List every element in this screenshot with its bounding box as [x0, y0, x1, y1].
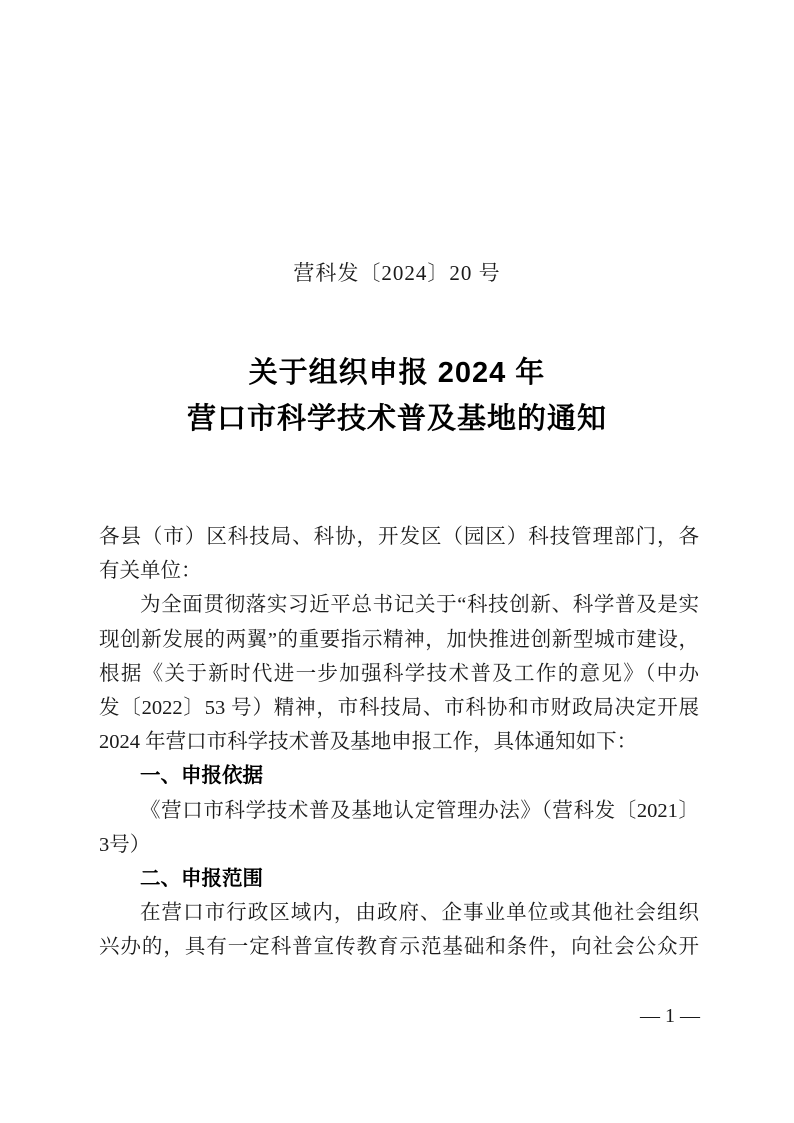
intro-paragraph-line-2: 现创新发展的两翼”的重要指示精神，加快推进创新型城市建设， — [99, 623, 699, 657]
section-2-heading: 二、申报范围 — [99, 862, 699, 896]
recipients-line-1: 各县（市）区科技局、科协，开发区（园区）科技管理部门，各 — [99, 520, 699, 554]
title-line-2: 营口市科学技术普及基地的通知 — [0, 396, 794, 442]
intro-paragraph-line-3: 根据《关于新时代进一步加强科学技术普及工作的意见》（中办 — [99, 657, 699, 691]
doc-number: 营科发〔2024〕20 号 — [0, 260, 794, 286]
recipients-line-2: 有关单位： — [99, 554, 699, 588]
section-2-paragraph-line-2: 兴办的，具有一定科普宣传教育示范基础和条件，向社会公众开 — [99, 930, 699, 964]
page-number: — 1 — — [640, 1004, 700, 1028]
document-page: 营科发〔2024〕20 号 关于组织申报 2024 年 营口市科学技术普及基地的… — [0, 0, 794, 1123]
intro-paragraph-line-1: 为全面贯彻落实习近平总书记关于“科技创新、科学普及是实 — [99, 588, 699, 622]
intro-paragraph-line-4: 发〔2022〕53 号）精神，市科技局、市科协和市财政局决定开展 — [99, 691, 699, 725]
section-1-paragraph-line-1: 《营口市科学技术普及基地认定管理办法》（营科发〔2021〕 — [99, 794, 699, 828]
section-1-paragraph-line-2: 3号） — [99, 828, 699, 862]
document-body: 各县（市）区科技局、科协，开发区（园区）科技管理部门，各 有关单位： 为全面贯彻… — [99, 520, 699, 965]
intro-paragraph-line-5: 2024 年营口市科学技术普及基地申报工作，具体通知如下： — [99, 725, 699, 759]
section-1-heading: 一、申报依据 — [99, 759, 699, 793]
title-line-1: 关于组织申报 2024 年 — [0, 350, 794, 396]
section-2-paragraph-line-1: 在营口市行政区域内，由政府、企事业单位或其他社会组织 — [99, 896, 699, 930]
document-title: 关于组织申报 2024 年 营口市科学技术普及基地的通知 — [0, 350, 794, 442]
